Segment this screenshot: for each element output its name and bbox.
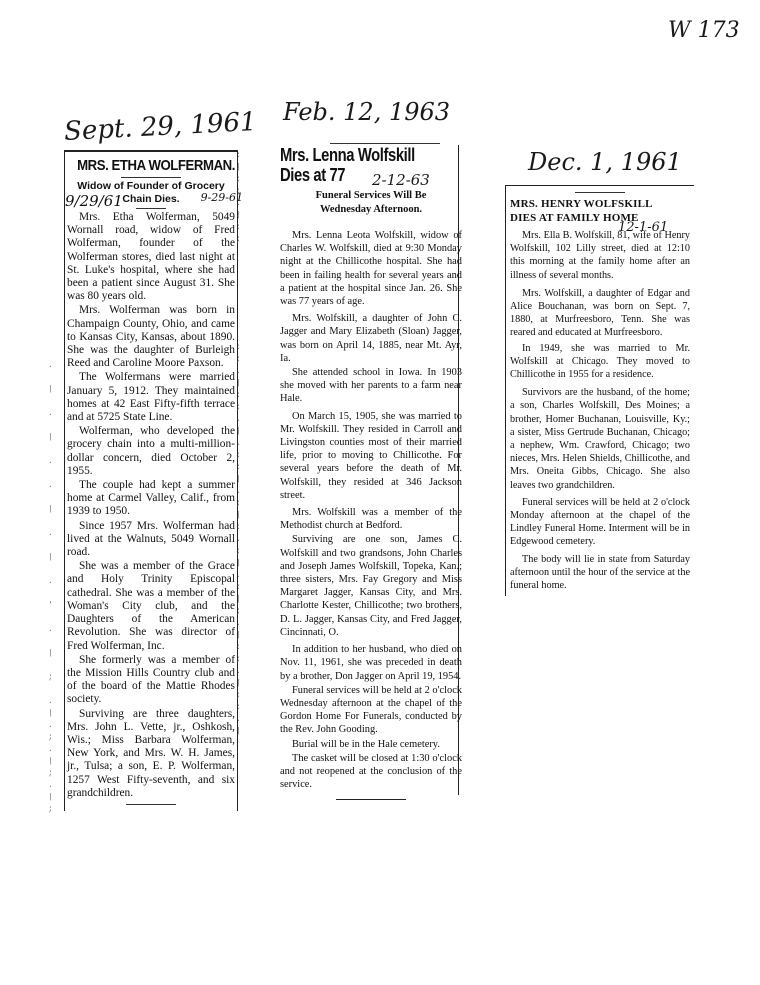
right-gutter-fragments: :|;:.|:;:;.|:;.|.;:|.;|:.;|.:|;.|:;.|;:.… [236,150,241,738]
clipping-2-subheadline-line2: Wednesday Afternoon. [280,203,462,217]
clipping-3-handwritten-date: Dec. 1, 1961 [528,148,682,176]
clipping-3-paragraph: Mrs. Wolfskill, a daughter of Edgar and … [510,287,690,340]
clipping-2-handwritten-date: Feb. 12, 1963 [283,98,450,126]
clipping-1-paragraph: She was a member of the Grace and Holy T… [67,560,235,652]
clipping-1-handwritten-date: Sept. 29, 1961 [63,107,257,147]
clipping-1-subheadline-line2-text: Chain Dies. [122,193,179,205]
clipping-henry-wolfskill: MRS. HENRY WOLFSKILL DIES AT FAMILY HOME… [505,185,694,596]
divider [136,208,166,209]
clipping-1-paragraph: Since 1957 Mrs. Wolferman had lived at t… [67,520,235,560]
clipping-2-paragraph: Surviving are one son, James C. Wolfskil… [280,533,462,639]
clipping-wolferman: MRS. ETHA WOLFERMAN. Widow of Founder of… [64,150,238,811]
end-rule [336,799,406,800]
clipping-2-paragraph: Mrs. Lenna Leota Wolfskill, widow of Cha… [280,229,462,308]
clipping-1-handwritten-margin-date: 9/29/61 [65,192,123,210]
archive-reference: W 173 [668,18,740,43]
clipping-2-paragraph: On March 15, 1905, she was married to Mr… [280,410,462,502]
clipping-2-paragraph: Mrs. Wolfskill, a daughter of John C. Ja… [280,312,462,365]
clipping-3-paragraph: Survivors are the husband, of the home; … [510,386,690,492]
clipping-2-body: Mrs. Lenna Leota Wolfskill, widow of Cha… [280,229,462,791]
clipping-2-headline-row: Dies at 77 2-12-63 [280,165,462,185]
end-rule [126,804,176,805]
clipping-3-body: Mrs. Ella B. Wolfskill, 81, wife of Henr… [510,229,690,592]
clipping-1-paragraph: Wolferman, who developed the grocery cha… [67,425,235,478]
clipping-1-paragraph: Mrs. Etha Wolferman, 5049 Wornall road, … [67,211,235,303]
clipping-2-paragraph: Mrs. Wolfskill was a member of the Metho… [280,506,462,532]
divider [121,177,181,178]
clipping-1-paragraph: She formerly was a member of the Mission… [67,654,235,707]
clipping-3-headline-line1: MRS. HENRY WOLFSKILL [510,197,690,211]
left-gutter-fragments: .|.|..|.|.'.|;.|.;.|;.|; [48,360,53,816]
clipping-1-headline: MRS. ETHA WOLFERMAN. [77,157,225,174]
clipping-3-paragraph: Funeral services will be held at 2 o'clo… [510,496,690,549]
clipping-3-paragraph: In 1949, she was married to Mr. Wolfskil… [510,342,690,382]
clipping-1-paragraph: Surviving are three daughters, Mrs. John… [67,708,235,800]
divider [575,192,625,193]
clipping-2-subheadline-line1: Funeral Services Will Be [280,189,462,203]
clipping-1-paragraph: The couple had kept a summer home at Car… [67,479,235,519]
clipping-2-handwritten-side-date: 2-12-63 [372,171,430,189]
clipping-1-paragraph: Mrs. Wolferman was born in Champaign Cou… [67,304,235,370]
clipping-3-closing-paragraph: The body will lie in state from Saturday… [510,554,690,591]
clipping-1-paragraph: The Wolfermans were married January 5, 1… [67,371,235,424]
clipping-2-paragraph: In addition to her husband, who died on … [280,643,462,683]
clipping-2-paragraph: Burial will be in the Hale cemetery. [280,738,462,751]
clipping-2-paragraph: Funeral services will be held at 2 o'clo… [280,684,462,737]
clipping-3-paragraph: The body will lie in state from Saturday… [510,553,690,593]
clipping-lenna-wolfskill: Mrs. Lenna Wolfskill Dies at 77 2-12-63 … [278,145,464,800]
clipping-2-headline-line1: Mrs. Lenna Wolfskill [280,145,426,165]
clipping-2-paragraph: She attended school in Iowa. In 1903 she… [280,366,462,406]
clipping-2-paragraph: The casket will be closed at 1:30 o'cloc… [280,752,462,792]
clipping-1-body: Mrs. Etha Wolferman, 5049 Wornall road, … [67,211,235,800]
clipping-3-paragraph: Mrs. Ella B. Wolfskill, 81, wife of Henr… [510,229,690,282]
clipping-3-handwritten-side-date: 12-1-61 [618,220,668,235]
